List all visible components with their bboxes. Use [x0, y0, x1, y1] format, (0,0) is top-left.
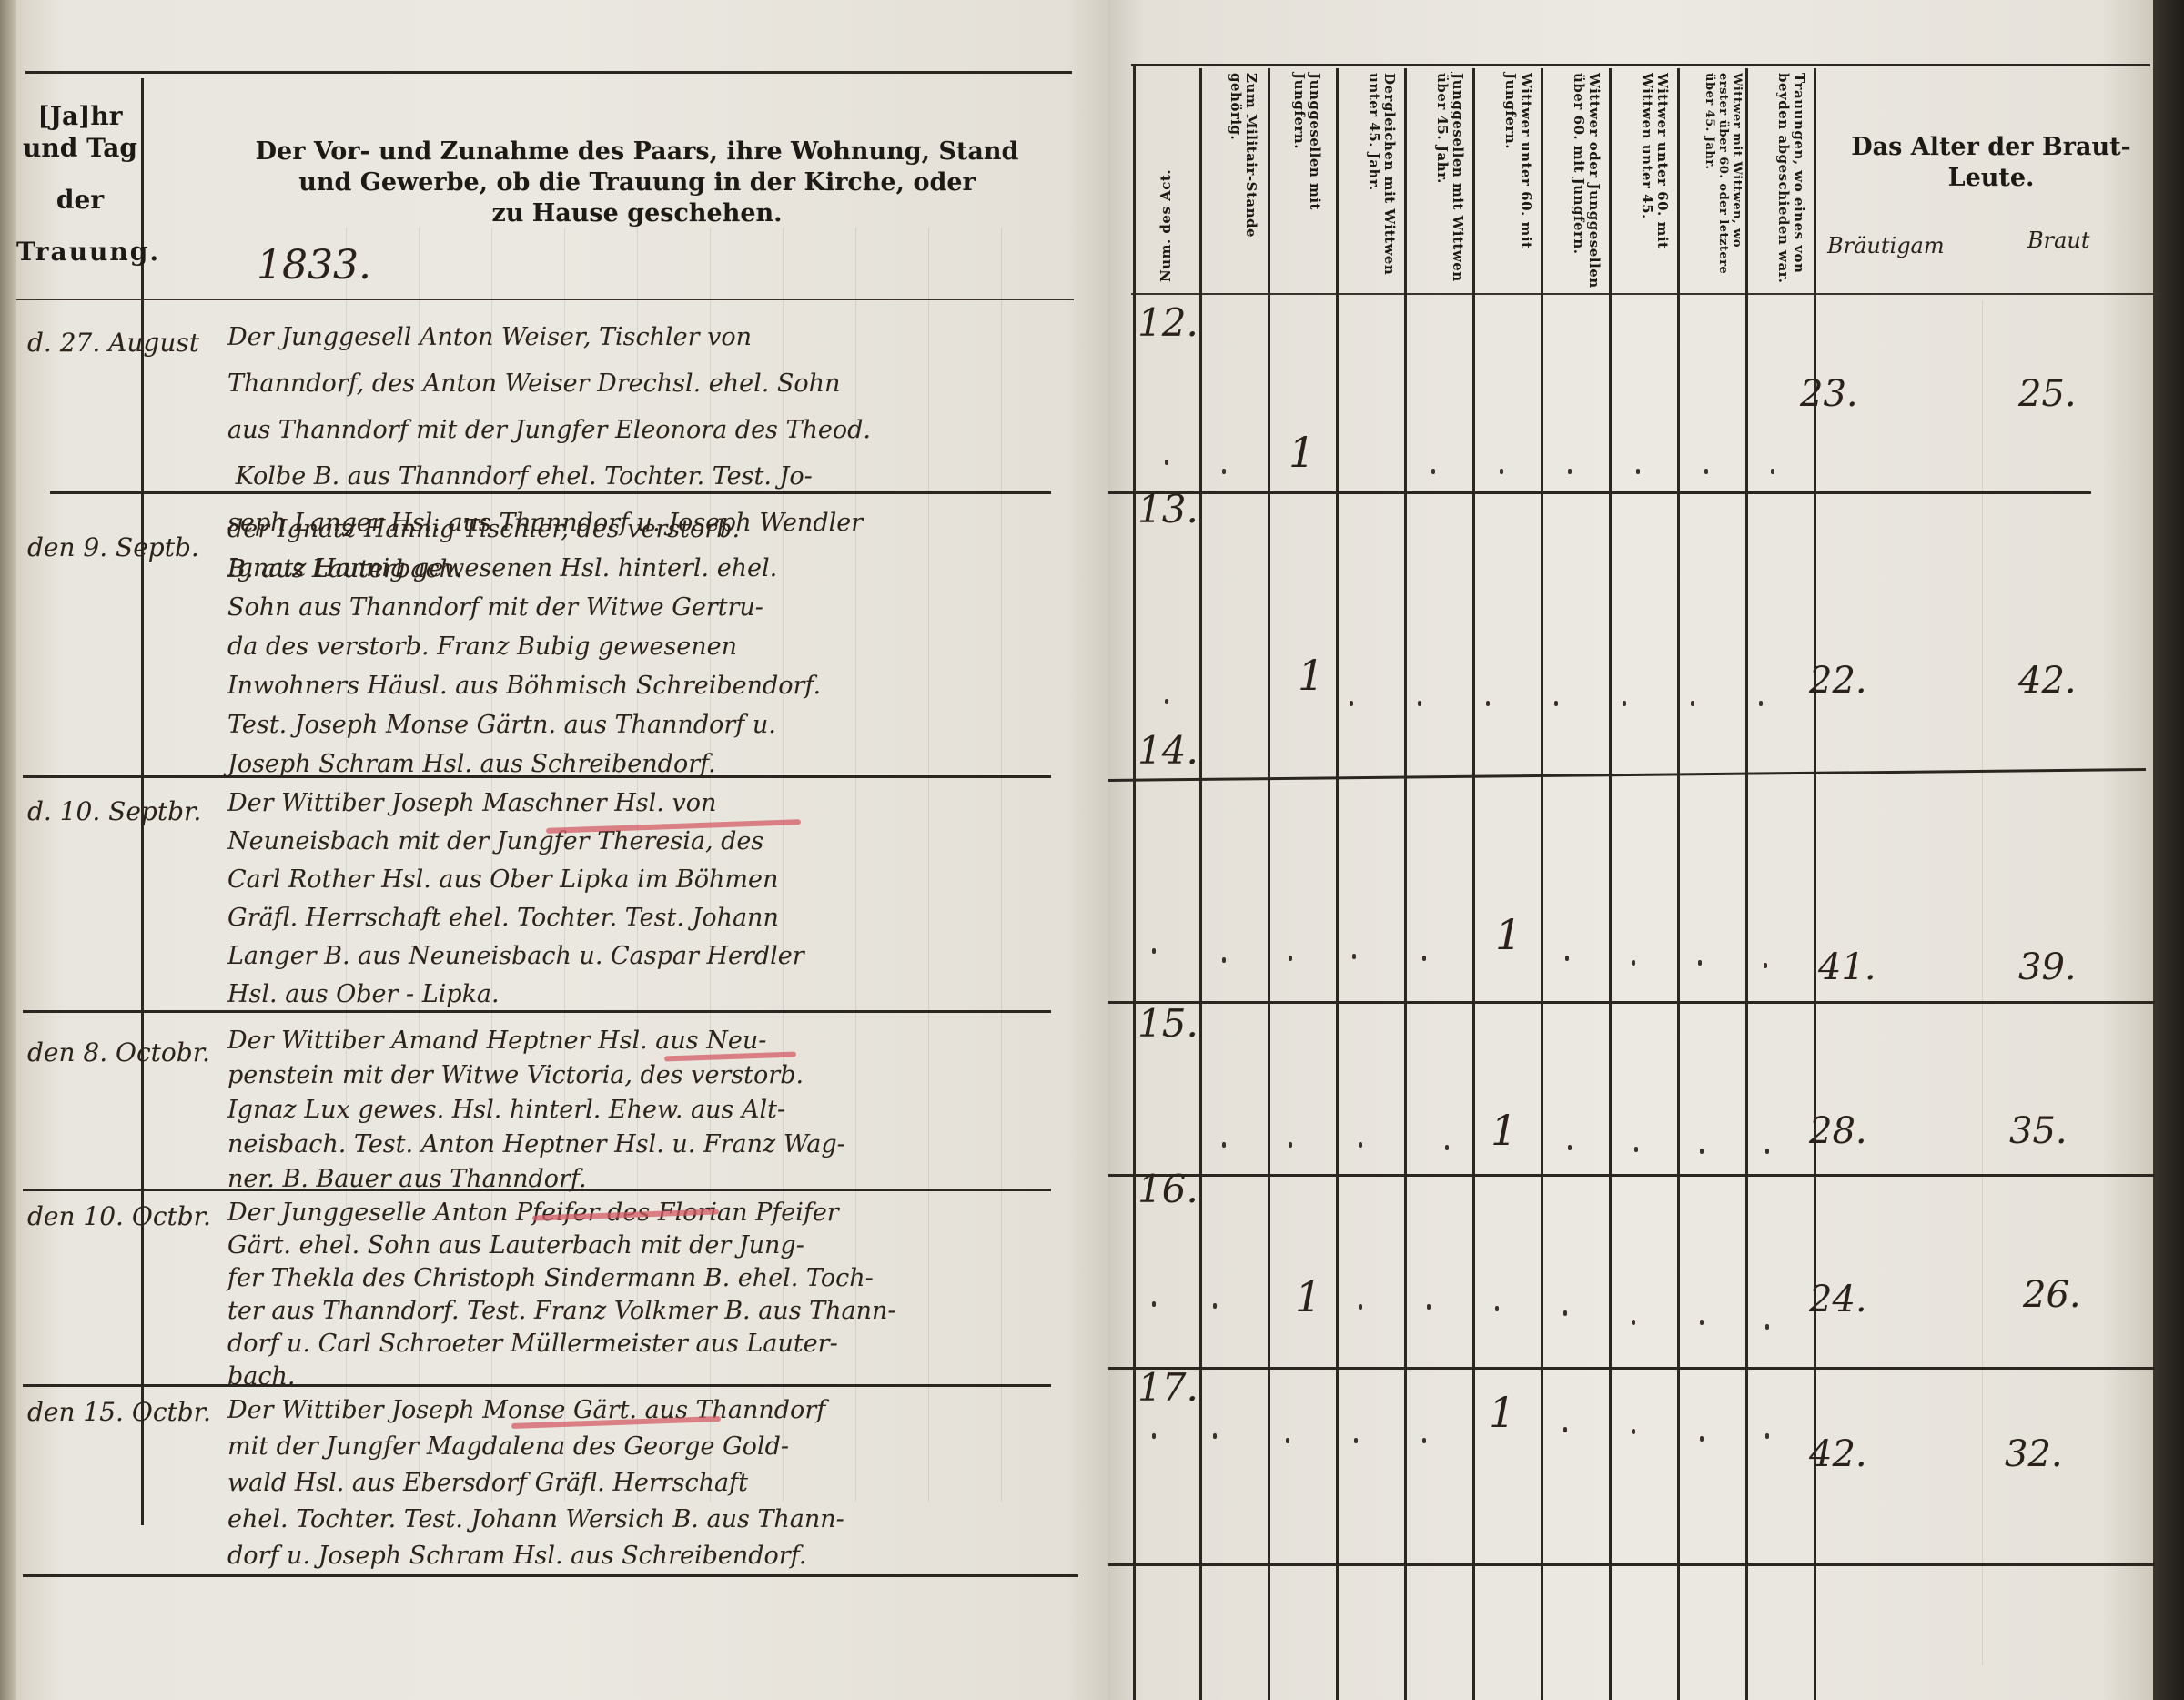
act-number: 14. [1137, 728, 1198, 773]
entry-text: Der Wittiber Joseph Maschner Hsl. von Ne… [227, 784, 1074, 1014]
entry-date: den 8. Octobr. [27, 1037, 210, 1068]
tally-mark: 1 [1289, 428, 1315, 477]
bride-age: 39. [2018, 946, 2077, 988]
entry-date: d. 10. Septbr. [27, 796, 201, 826]
column-divider [1609, 68, 1612, 1700]
tally-mark: 1 [1489, 1388, 1515, 1437]
year-note: 1833. [257, 246, 371, 286]
bride-age: 26. [2023, 1274, 2081, 1316]
column-divider [1404, 68, 1407, 1700]
act-number: 12. [1137, 300, 1198, 345]
tally-mark: 1 [1495, 910, 1522, 959]
page-edge-stack [0, 0, 16, 1700]
row-divider [1108, 1563, 2155, 1566]
header-top-rule [25, 71, 1072, 74]
header-bottom-rule [1131, 293, 2159, 295]
groom-age: 42. [1809, 1433, 1867, 1475]
column-divider [1336, 68, 1339, 1700]
age-header: Das Alter der Braut- Leute. [1836, 132, 2146, 194]
header-top-rule [1131, 64, 2150, 66]
groom-age: 41. [1818, 946, 1876, 988]
tally-mark: 1 [1491, 1106, 1517, 1155]
col-header-bachelors-virgins: Junggesellen mit Jungfern. [1286, 73, 1322, 291]
column-divider [1472, 68, 1475, 1700]
column-divider [1677, 68, 1680, 1700]
entry-text: Der Wittiber Amand Heptner Hsl. aus Neu-… [227, 1024, 1074, 1197]
bride-age: 35. [2009, 1110, 2068, 1152]
bride-age: 25. [2018, 373, 2077, 415]
left-page: [Ja]hr und Tag der Trauung. Der Vor- und… [0, 0, 1108, 1700]
column-divider [1745, 68, 1748, 1700]
col-header-num: Num. des Act. [1158, 118, 1174, 282]
col-header-divorced: Trauungen, wo eines von beyden abgeschie… [1756, 73, 1806, 291]
tally-mark: 1 [1298, 651, 1324, 700]
book-cover-edge [2153, 0, 2184, 1700]
col-header-bachelors-widows-u45: Dergleichen mit Wittwen unter 45. Jahr. [1347, 73, 1397, 291]
groom-age: 28. [1809, 1110, 1867, 1152]
register-spread: [Ja]hr und Tag der Trauung. Der Vor- und… [0, 0, 2184, 1700]
entry-text: Der Junggeselle Anton Pfeifer des Floria… [227, 1197, 1074, 1393]
col-header-o60-virgins: Wittwer oder Junggesellen über 60. mit J… [1552, 73, 1602, 291]
date-column-header: [Ja]hr und Tag der Trauung. [16, 100, 144, 268]
right-page: Num. des Act. Zum Militair-Stande gehöri… [1108, 0, 2153, 1700]
bride-age: 42. [2018, 660, 2077, 702]
groom-age-subheader: Bräutigam [1827, 235, 1945, 257]
entry-date: d. 27. August [27, 328, 199, 358]
entry-date: den 9. Septb. [27, 532, 199, 562]
bride-age-subheader: Braut [2027, 229, 2090, 251]
act-number: 17. [1137, 1365, 1198, 1410]
row-divider [1108, 491, 2091, 494]
tally-mark: 1 [1295, 1272, 1321, 1321]
header-bottom-rule [16, 299, 1074, 300]
col-header-widowers-widows: Wittwer unter 60. mit Wittwen unter 45. [1620, 73, 1670, 291]
column-divider [1268, 68, 1270, 1700]
bride-age: 32. [2005, 1433, 2063, 1475]
act-number: 16. [1137, 1167, 1198, 1211]
names-column-header: Der Vor- und Zunahme des Paars, ihre Woh… [227, 137, 1046, 228]
column-divider [1199, 68, 1202, 1700]
row-divider [1108, 1001, 2155, 1004]
entry-text: der Ignatz Hannig Tischler, des verstorb… [227, 510, 1074, 784]
col-header-bachelors-widows-o45: Junggesellen mit Wittwen über 45. Jahr. [1415, 73, 1465, 291]
entry-date: den 15. Octbr. [27, 1397, 211, 1427]
act-number: 15. [1137, 1001, 1198, 1046]
row-divider [1108, 1174, 2155, 1177]
act-number: 13. [1137, 487, 1198, 531]
col-header-widowers-u60-virgins: Wittwer unter 60. mit Jungfern. [1483, 73, 1533, 291]
groom-age: 24. [1809, 1279, 1867, 1321]
groom-age: 23. [1800, 373, 1858, 415]
col-header-widowers-widows-o60: Wittwer mit Wittwen, wo erster über 60. … [1688, 73, 1743, 291]
row-divider [1108, 1367, 2155, 1370]
row-divider [1108, 768, 2146, 782]
col-header-military: Zum Militair-Stande gehörig. [1213, 73, 1259, 291]
column-divider [1133, 64, 1136, 1700]
groom-age: 22. [1809, 660, 1867, 702]
entry-date: den 10. Octbr. [27, 1201, 211, 1231]
entry-divider [23, 1574, 1078, 1577]
column-divider [1541, 68, 1543, 1700]
